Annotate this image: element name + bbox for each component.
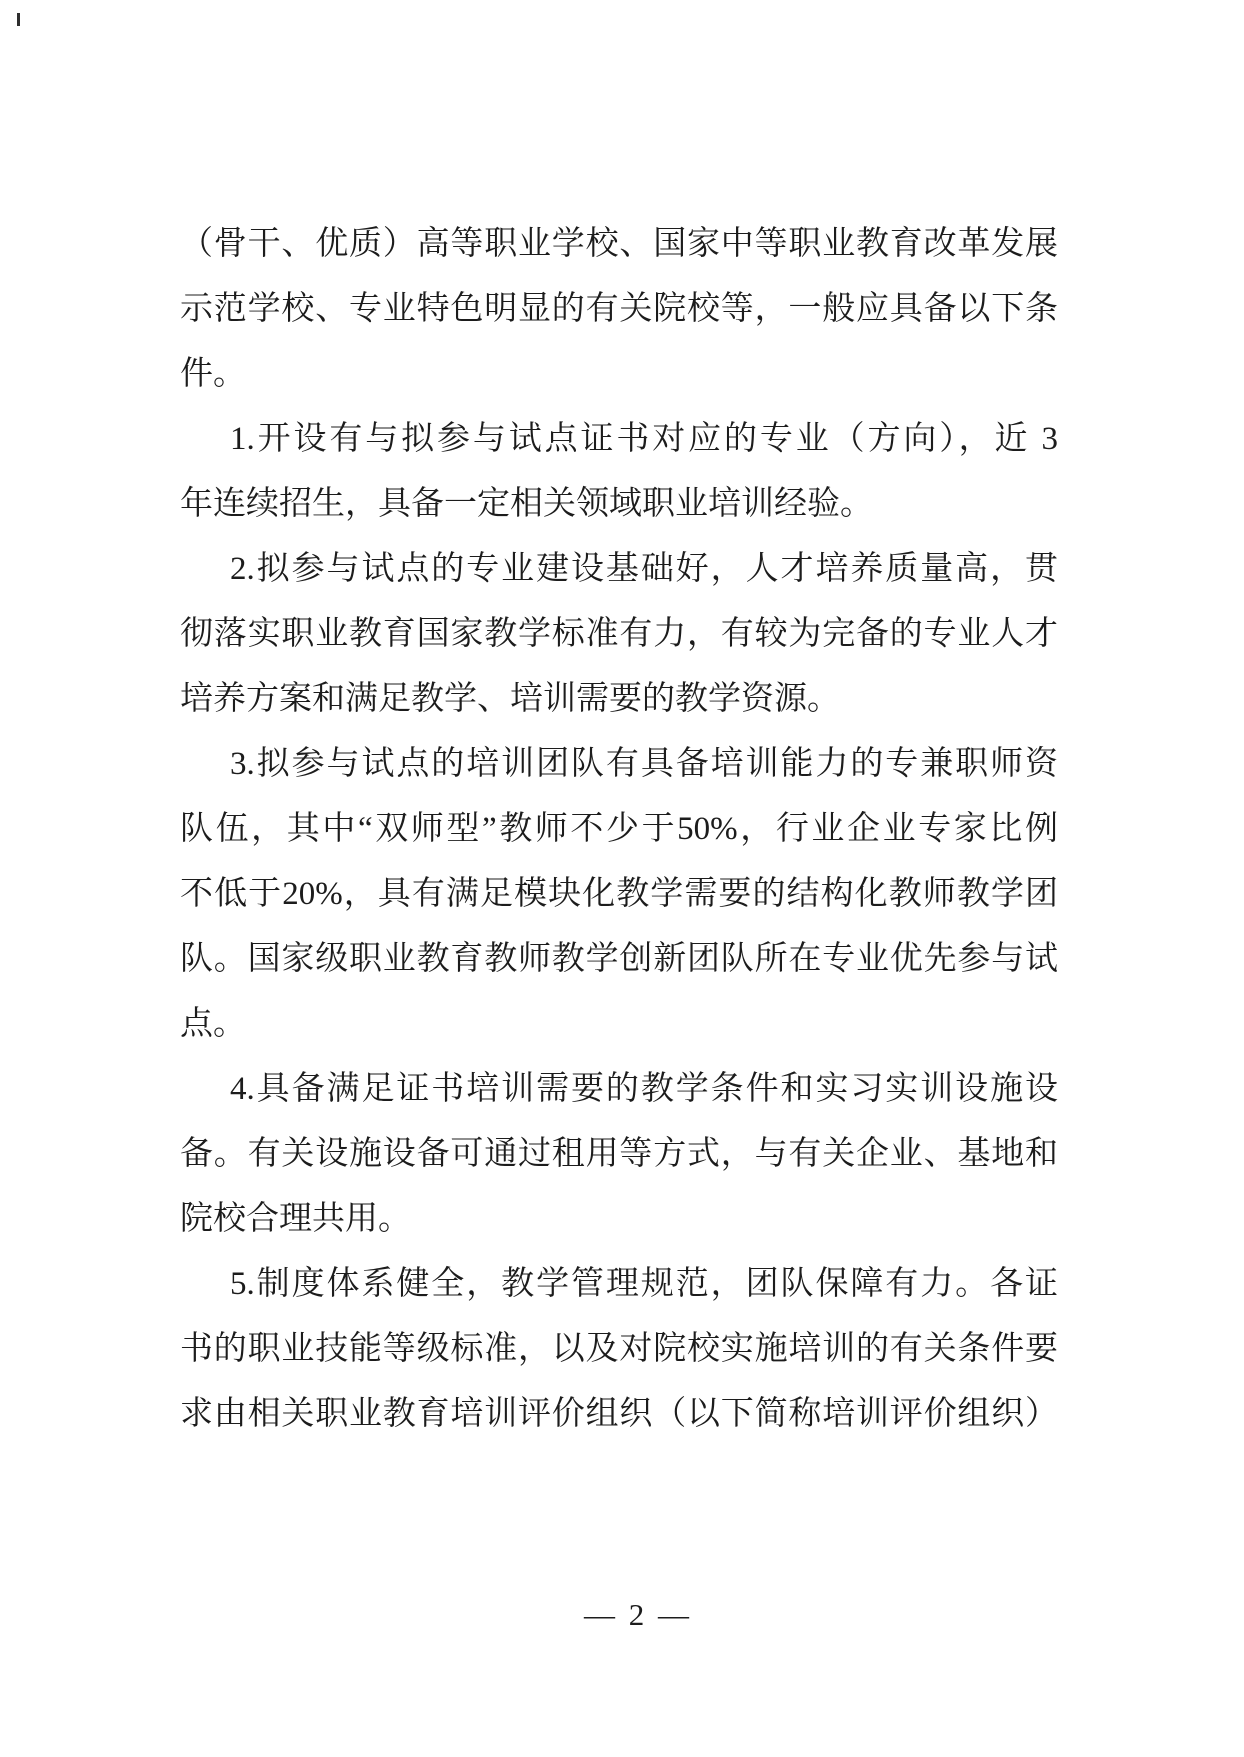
text-line: 示范学校、专业特色明显的有关院校等，一般应具备以下条	[180, 277, 1058, 342]
text-line: 4.具备满足证书培训需要的教学条件和实习实训设施设	[180, 1057, 1058, 1122]
text-line: 2.拟参与试点的专业建设基础好，人才培养质量高，贯	[180, 537, 1058, 602]
text-line: 培养方案和满足教学、培训需要的教学资源。	[180, 667, 1058, 732]
text-line: 书的职业技能等级标准，以及对院校实施培训的有关条件要	[180, 1317, 1058, 1382]
page-number: — 2 —	[16, 1597, 1244, 1633]
text-line: 不低于20%，具有满足模块化教学需要的结构化教师教学团	[180, 862, 1058, 927]
text-line: 件。	[180, 342, 1058, 407]
text-line: 队。国家级职业教育教师教学创新团队所在专业优先参与试	[180, 927, 1058, 992]
text-line: 彻落实职业教育国家教学标准有力，有较为完备的专业人才	[180, 602, 1058, 667]
text-line: 5.制度体系健全，教学管理规范，团队保障有力。各证	[180, 1252, 1058, 1317]
scan-artifact-mark	[17, 13, 20, 26]
text-line: 求由相关职业教育培训评价组织（以下简称培训评价组织）	[180, 1382, 1058, 1447]
text-line: 3.拟参与试点的培训团队有具备培训能力的专兼职师资	[180, 732, 1058, 797]
text-line: 1.开设有与拟参与试点证书对应的专业（方向），近 3	[180, 407, 1058, 472]
document-page: （骨干、优质）高等职业学校、国家中等职业教育改革发展 示范学校、专业特色明显的有…	[0, 0, 1244, 1757]
document-body: （骨干、优质）高等职业学校、国家中等职业教育改革发展 示范学校、专业特色明显的有…	[180, 212, 1058, 1447]
text-line: 年连续招生，具备一定相关领域职业培训经验。	[180, 472, 1058, 537]
text-line: 点。	[180, 992, 1058, 1057]
text-line: 院校合理共用。	[180, 1187, 1058, 1252]
text-line: 队伍，其中“双师型”教师不少于50%，行业企业专家比例	[180, 797, 1058, 862]
text-line: 备。有关设施设备可通过租用等方式，与有关企业、基地和	[180, 1122, 1058, 1187]
text-line: （骨干、优质）高等职业学校、国家中等职业教育改革发展	[180, 212, 1058, 277]
